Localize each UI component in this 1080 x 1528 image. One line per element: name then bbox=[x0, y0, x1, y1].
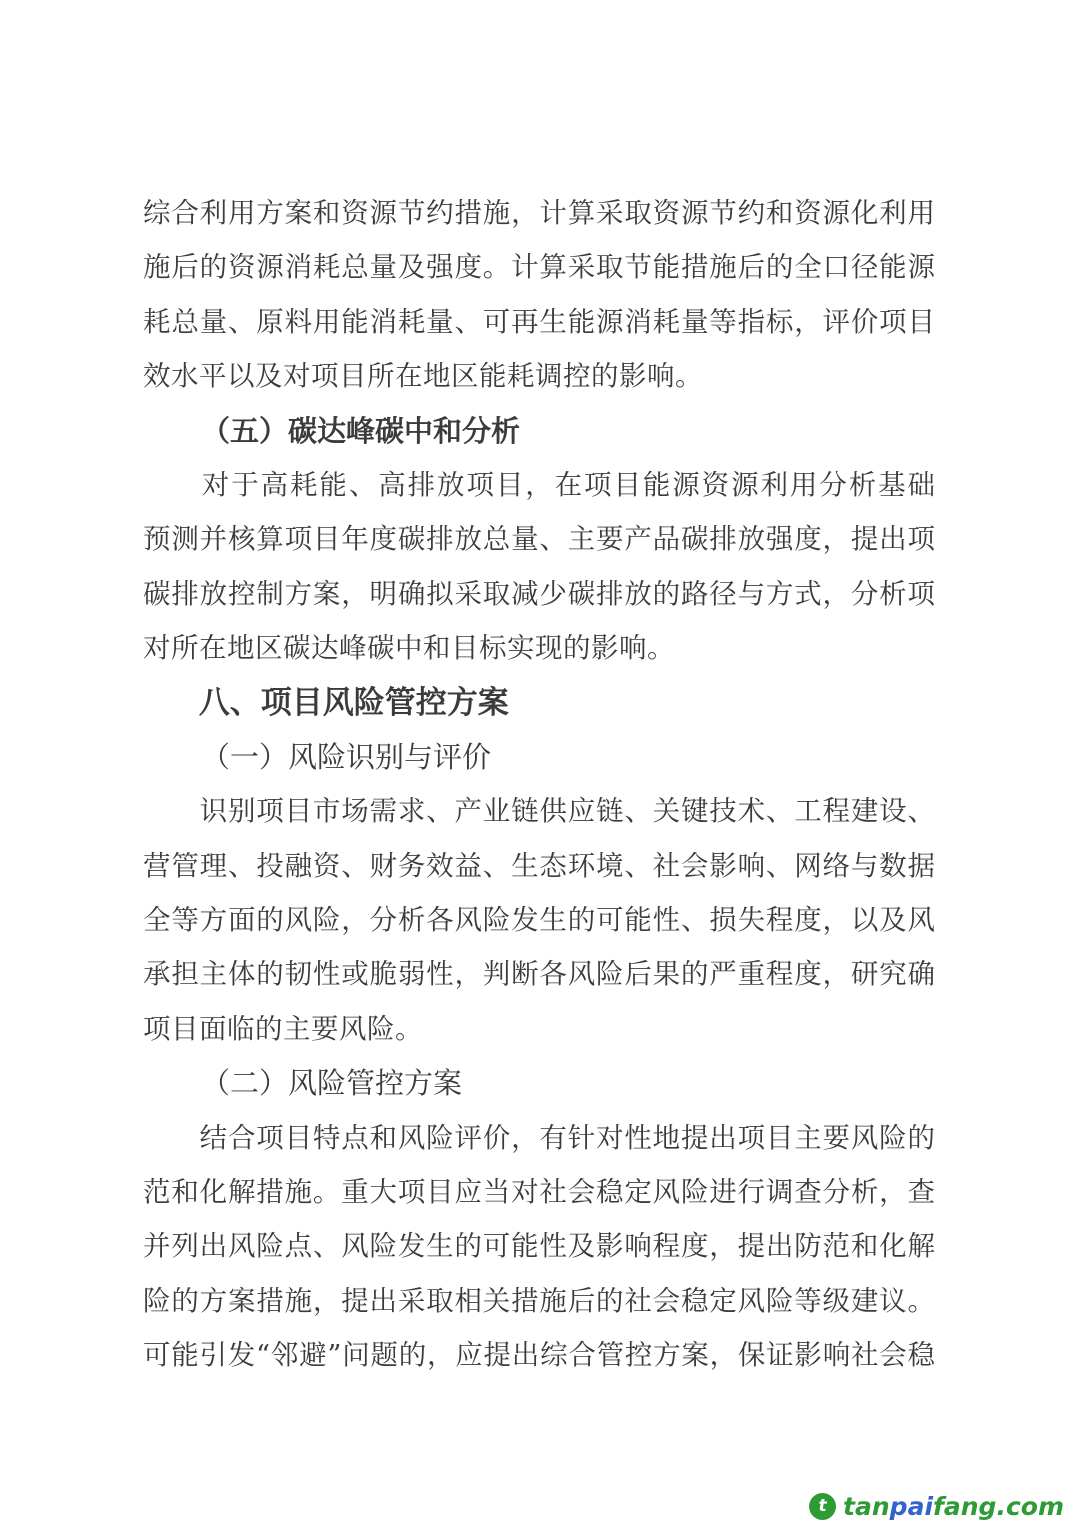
text-line: 效水平以及对项目所在地区能耗调控的影响。 bbox=[143, 349, 935, 403]
tanpaifang-logo-text: tanpaifang.com bbox=[843, 1493, 1064, 1520]
heading-8-1-risk-identification: （一）风险识别与评价 bbox=[143, 730, 935, 784]
tanpaifang-watermark: t tanpaifang.com bbox=[809, 1493, 1064, 1520]
heading-section-5-carbon-peak-neutrality: （五）碳达峰碳中和分析 bbox=[143, 404, 935, 458]
text-line: 营管理、投融资、财务效益、生态环境、社会影响、网络与数据安 bbox=[143, 839, 935, 893]
tanpaifang-logo-icon: t bbox=[809, 1493, 836, 1520]
logo-text-fang: fang.com bbox=[933, 1492, 1064, 1521]
document-page: 综合利用方案和资源节约措施，计算采取资源节约和资源化利用措施后的资源消耗总量及强… bbox=[0, 0, 1080, 1528]
text-line: 综合利用方案和资源节约措施，计算采取资源节约和资源化利用措 bbox=[143, 186, 935, 240]
text-line: 结合项目特点和风险评价，有针对性地提出项目主要风险的防 bbox=[143, 1111, 935, 1165]
logo-text-tan: tan bbox=[843, 1492, 890, 1521]
text-line: 对于高耗能、高排放项目，在项目能源资源利用分析基础上， bbox=[143, 458, 935, 512]
paragraph-resource-consumption: 综合利用方案和资源节约措施，计算采取资源节约和资源化利用措施后的资源消耗总量及强… bbox=[143, 186, 935, 404]
text-line: 项目面临的主要风险。 bbox=[143, 1002, 935, 1056]
heading-8-2-risk-control-plan: （二）风险管控方案 bbox=[143, 1056, 935, 1110]
logo-text-pai: pai bbox=[890, 1492, 933, 1521]
paragraph-risk-control-measures: 结合项目特点和风险评价，有针对性地提出项目主要风险的防范和化解措施。重大项目应当… bbox=[143, 1111, 935, 1383]
paragraph-carbon-analysis: 对于高耗能、高排放项目，在项目能源资源利用分析基础上，预测并核算项目年度碳排放总… bbox=[143, 458, 935, 676]
text-line: 施后的资源消耗总量及强度。计算采取节能措施后的全口径能源消 bbox=[143, 240, 935, 294]
text-line: 承担主体的韧性或脆弱性，判断各风险后果的严重程度，研究确定 bbox=[143, 947, 935, 1001]
text-line: 险的方案措施，提出采取相关措施后的社会稳定风险等级建议。对 bbox=[143, 1274, 935, 1328]
heading-chapter-8-risk-management: 八、项目风险管控方案 bbox=[143, 676, 935, 730]
text-line: 碳排放控制方案，明确拟采取减少碳排放的路径与方式，分析项目 bbox=[143, 567, 935, 621]
text-line: 对所在地区碳达峰碳中和目标实现的影响。 bbox=[143, 621, 935, 675]
paragraph-risk-identification: 识别项目市场需求、产业链供应链、关键技术、工程建设、运营管理、投融资、财务效益、… bbox=[143, 784, 935, 1056]
text-line: 可能引发“邻避”问题的，应提出综合管控方案，保证影响社会稳 bbox=[143, 1328, 935, 1382]
text-line: 识别项目市场需求、产业链供应链、关键技术、工程建设、运 bbox=[143, 784, 935, 838]
document-body: 综合利用方案和资源节约措施，计算采取资源节约和资源化利用措施后的资源消耗总量及强… bbox=[143, 186, 935, 1383]
text-line: 预测并核算项目年度碳排放总量、主要产品碳排放强度，提出项目 bbox=[143, 512, 935, 566]
text-line: 范和化解措施。重大项目应当对社会稳定风险进行调查分析，查找 bbox=[143, 1165, 935, 1219]
text-line: 并列出风险点、风险发生的可能性及影响程度，提出防范和化解风 bbox=[143, 1219, 935, 1273]
text-line: 耗总量、原料用能消耗量、可再生能源消耗量等指标，评价项目能 bbox=[143, 295, 935, 349]
text-line: 全等方面的风险，分析各风险发生的可能性、损失程度，以及风险 bbox=[143, 893, 935, 947]
